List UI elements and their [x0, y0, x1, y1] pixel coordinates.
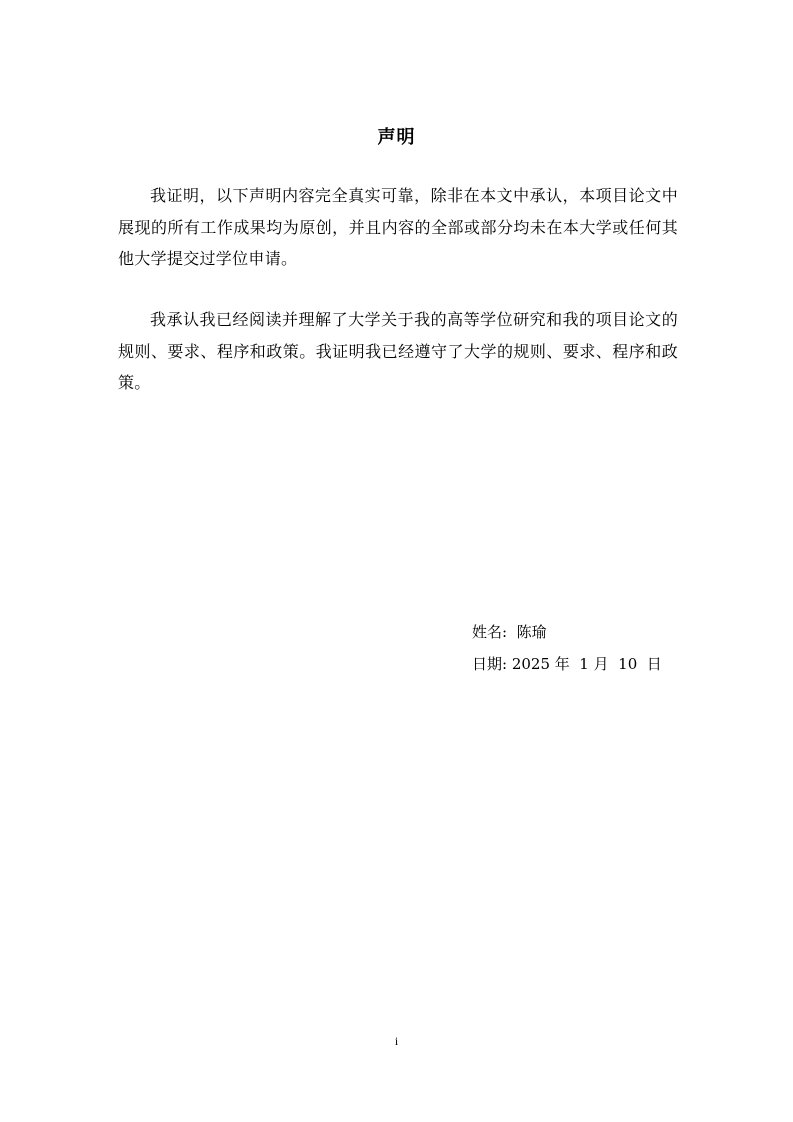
declaration-paragraph-2: 我承认我已经阅读并理解了大学关于我的高等学位研究和我的项目论文的规则、要求、程序… — [118, 304, 678, 399]
document-page: 声明 我证明，以下声明内容完全真实可靠，除非在本文中承认，本项目论文中展现的所有… — [0, 0, 793, 1122]
signature-name: 姓名: 陈瑜 — [472, 622, 547, 642]
signature-date: 日期: 2025 年 1 月 10 日 — [472, 654, 662, 674]
page-number: i — [0, 1034, 793, 1048]
declaration-paragraph-1: 我证明，以下声明内容完全真实可靠，除非在本文中承认，本项目论文中展现的所有工作成… — [118, 180, 678, 275]
page-title: 声明 — [0, 126, 793, 150]
